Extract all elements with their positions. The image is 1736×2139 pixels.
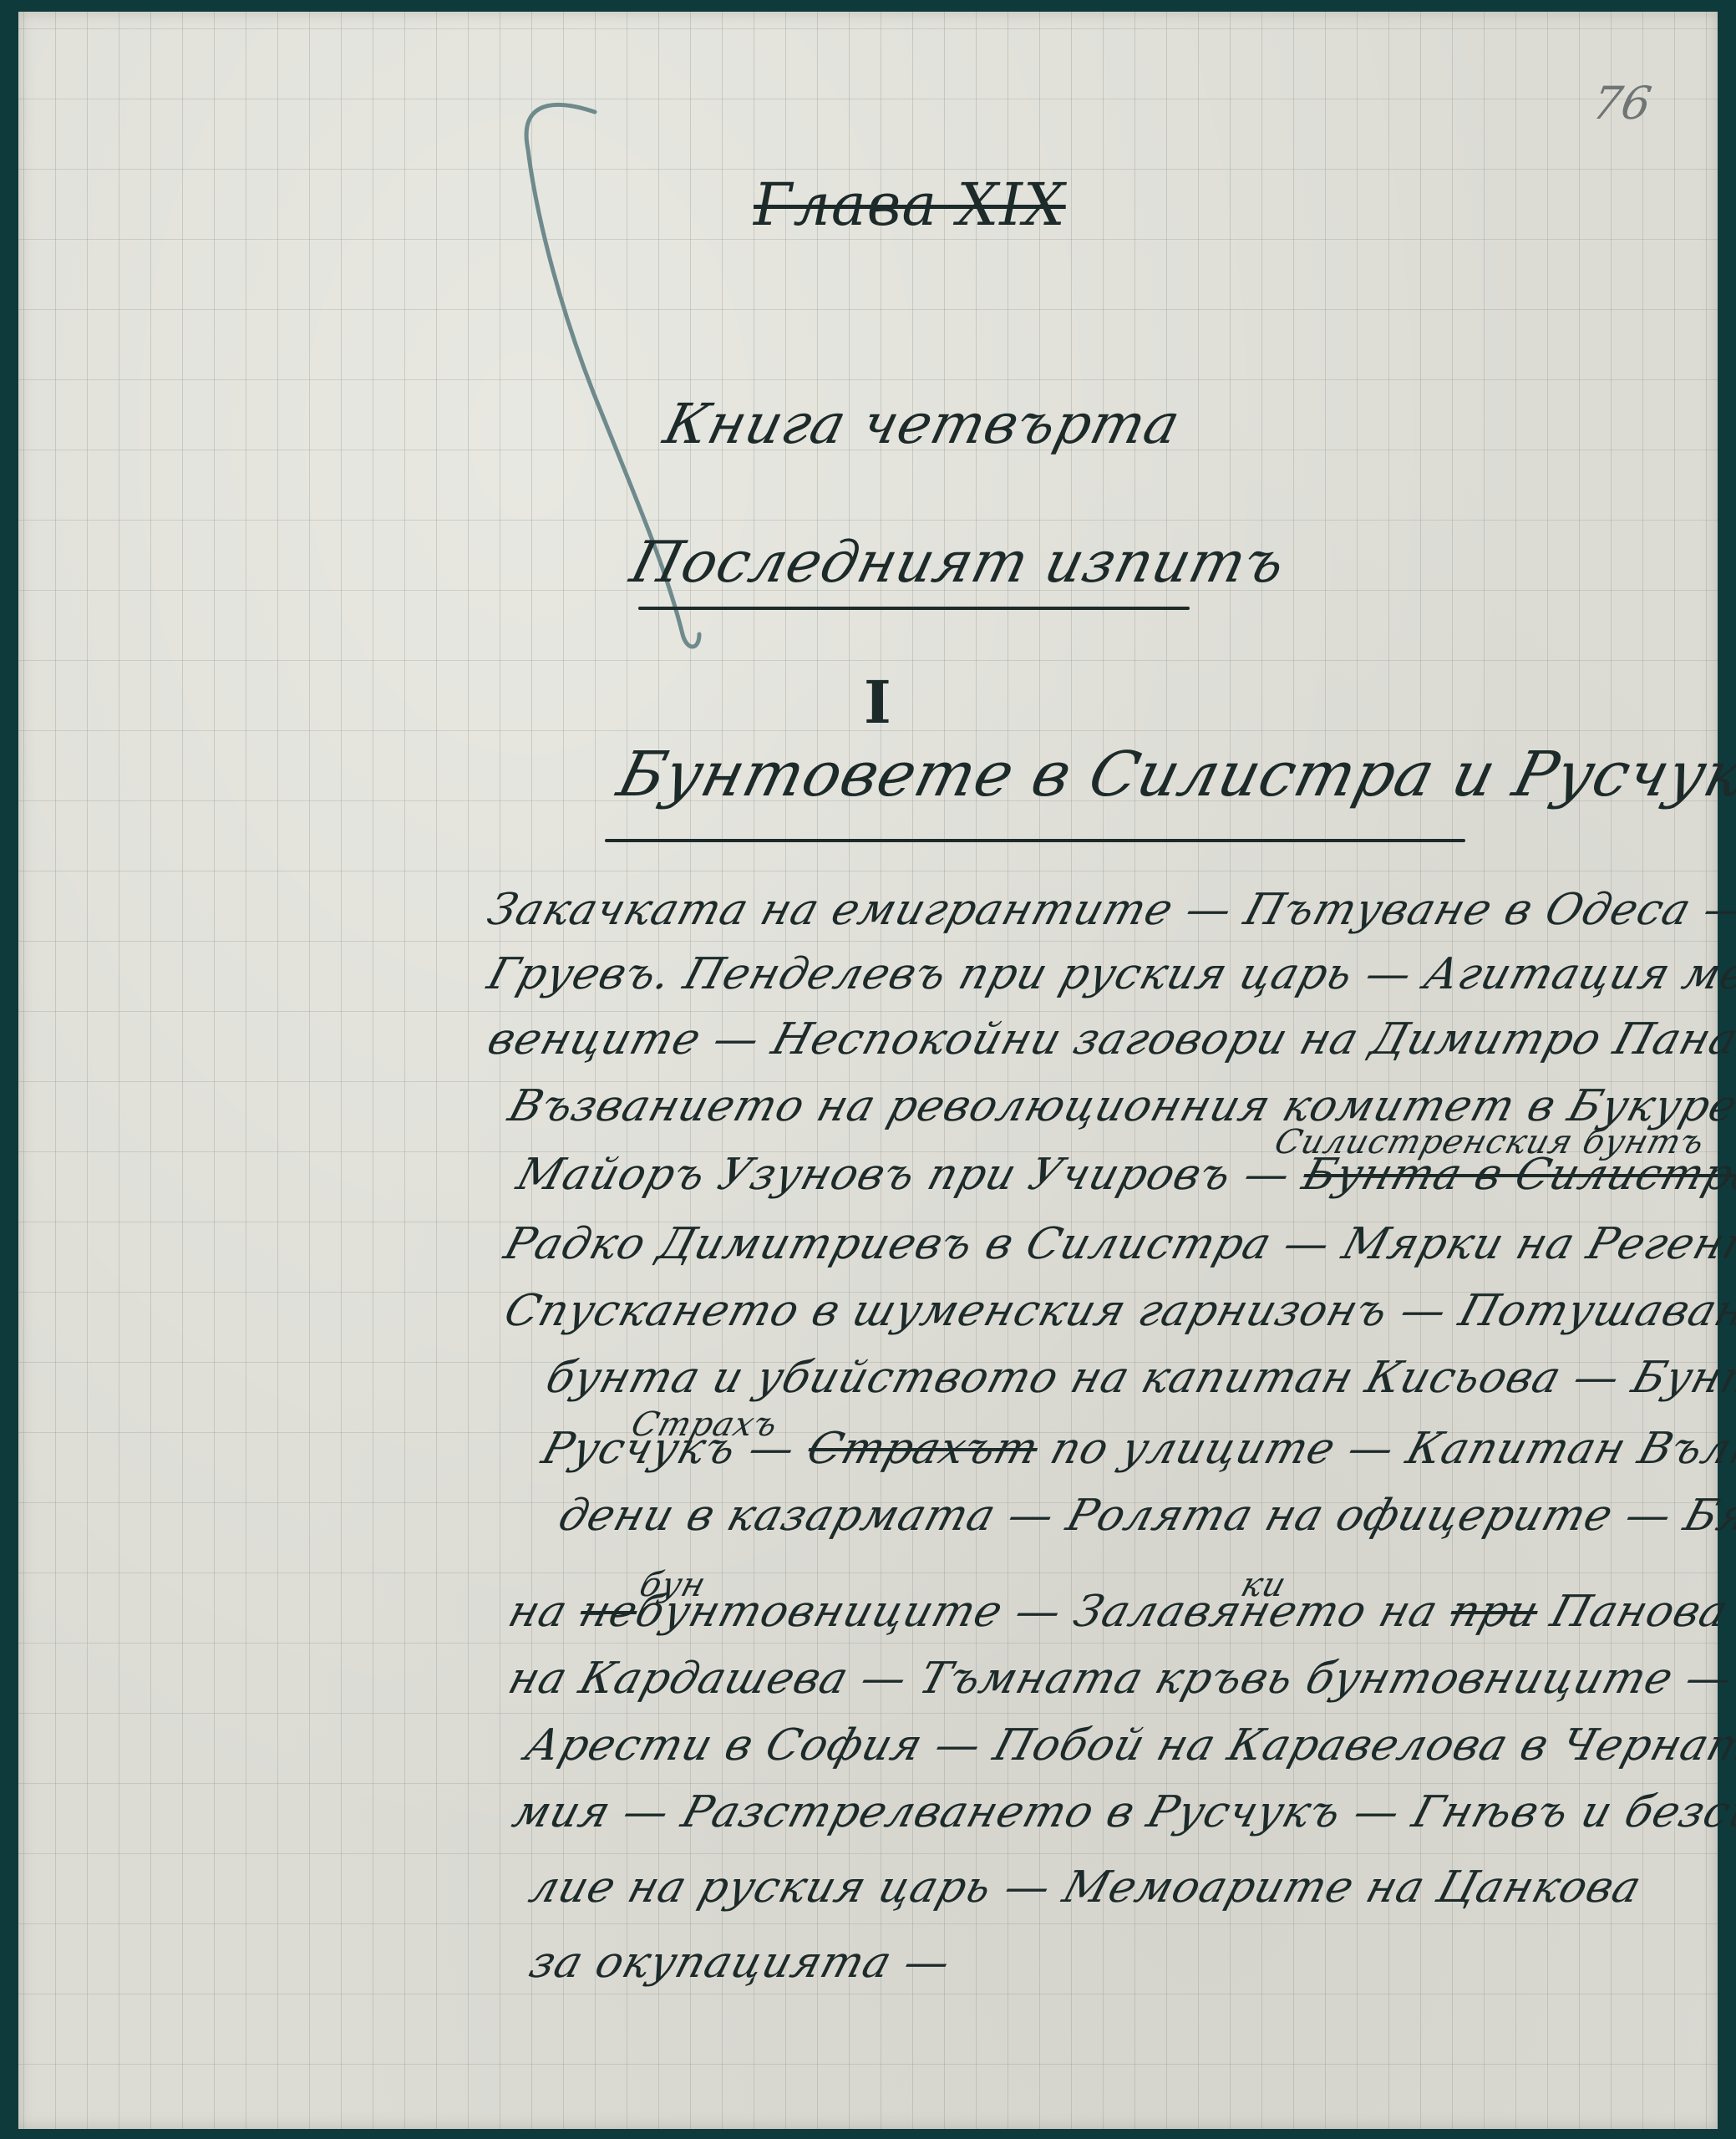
summary-line: Закачката на емигрантите — Пътуване в Од… [482, 885, 1736, 935]
chapter-number: I [864, 668, 892, 737]
line-text: Панова и [1530, 1587, 1736, 1637]
summary-line: Русчукъ — Страхът по улиците — Капитан В… [536, 1424, 1736, 1474]
line-text: по улиците — Капитан Вълковъ обса- [1030, 1424, 1736, 1474]
line-text: Майоръ Узуновъ при Учировъ — [511, 1150, 1312, 1200]
struck-text: Бунта в Силистра [1297, 1150, 1736, 1200]
summary-line: Груевъ. Пенделевъ при руския царь — Агит… [482, 949, 1736, 999]
summary-line: на небунтовниците — Залавянето на при Па… [503, 1587, 1736, 1637]
chapter-underline [605, 839, 1465, 842]
summary-line: Радко Димитриевъ в Силистра — Мярки на Р… [499, 1219, 1736, 1269]
book-subtitle: Последният изпитъ [624, 530, 1292, 596]
summary-line: бунта и убийството на капитан Кисьова — … [541, 1353, 1736, 1403]
summary-line: Спускането в шуменския гарнизонъ — Потуш… [499, 1286, 1736, 1336]
struck-text: Страхът [802, 1424, 1045, 1474]
struck-chapter-heading: Глава XIX [754, 170, 1066, 239]
summary-line: лие на руския царь — Мемоарите на Цанков… [524, 1862, 1647, 1913]
summary-line: на Кардашева — Тъмната кръвь бунтовницит… [503, 1654, 1736, 1704]
summary-line: венците — Неспокойни заговори на Димитро… [482, 1014, 1736, 1064]
line-text: Русчукъ — [536, 1424, 816, 1474]
manuscript-page: 76 Глава XIX Книга четвърта Последният и… [18, 12, 1718, 2129]
summary-line: мия — Разстрелването в Русчукъ — Гнѣвъ и… [507, 1787, 1736, 1837]
summary-line: Майоръ Узуновъ при Учировъ — Бунта в Сил… [511, 1150, 1736, 1200]
book-heading: Книга четвърта [657, 392, 1186, 456]
summary-line: дени в казармата — Ролята на офицерите —… [553, 1491, 1736, 1541]
summary-line: за окупацията — [524, 1938, 957, 1988]
line-text: бунтовниците — Залавянето на [630, 1587, 1459, 1637]
struck-text: при [1444, 1587, 1545, 1637]
subtitle-underline [638, 607, 1190, 610]
page-number: 76 [1588, 77, 1655, 130]
summary-line: Арести в София — Побой на Каравелова в Ч… [520, 1720, 1736, 1771]
chapter-title: Бунтовете в Силистра и Русчукъ [611, 739, 1736, 810]
